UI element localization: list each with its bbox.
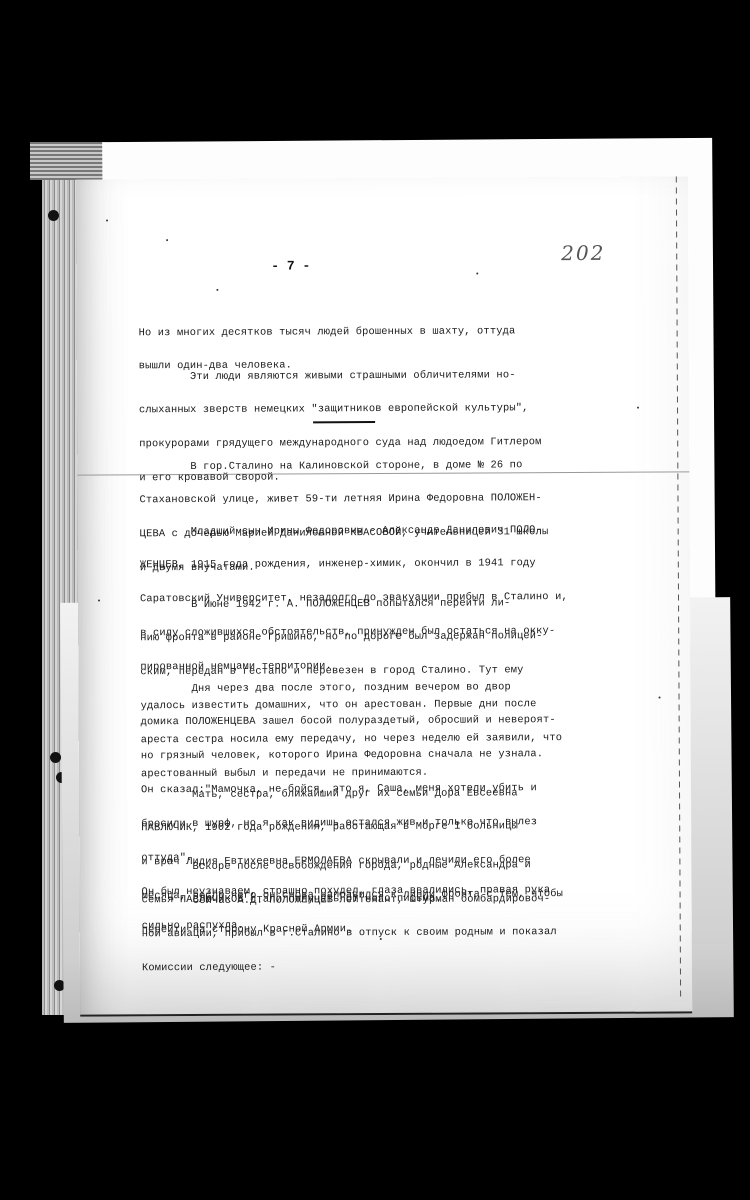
text-line: Но из многих десятков тысяч людей брошен… xyxy=(139,325,649,339)
text-line: В Июне 1942 г. А. ПОЛОЖЕНЦЕВ попытался п… xyxy=(140,597,650,611)
scan-speck xyxy=(216,289,218,291)
paragraph-9: Сейчас А.Д. ПОЛОЖЕНЦЕВ лейтенант, штурма… xyxy=(141,871,652,998)
text-line: ЖЕНЦЕВ, 1915 года рождения, инженер-хими… xyxy=(140,558,650,572)
text-line: слыханных зверств немецких "защитников е… xyxy=(139,403,649,417)
scan-speck xyxy=(166,239,168,241)
text-line: ной авиации, прибыл в г.Сталино в отпуск… xyxy=(142,927,652,941)
text-line: Сейчас А.Д. ПОЛОЖЕНЦЕВ лейтенант, штурма… xyxy=(142,893,652,907)
section-separator xyxy=(313,421,375,423)
scan-speck xyxy=(476,273,478,275)
text-line: Дня через два после этого, поздним вечер… xyxy=(140,681,650,695)
text-line: Младший сын Ирины Федоровны - Александр … xyxy=(140,524,650,538)
page-number: - 7 - xyxy=(271,258,310,273)
text-line: ПАВЛЮЧИК, 1902 года рождения, работающая… xyxy=(141,821,651,835)
handwritten-archive-number: 202 xyxy=(561,241,605,265)
text-line: Мать, сестра, ближайший друг их семьи До… xyxy=(141,787,651,801)
scanned-document: - 7 - 202 Но из многих десятков тысяч лю… xyxy=(0,0,750,1200)
text-line: но грязный человек, которого Ирина Федор… xyxy=(141,749,651,763)
text-line: нию фронта в районе Гришино, но по дорог… xyxy=(140,631,650,645)
scan-speck xyxy=(380,938,382,940)
scan-speck xyxy=(106,219,108,221)
punch-hole xyxy=(50,752,61,763)
scan-speck xyxy=(98,599,100,601)
text-line: домика ПОЛОЖЕНЦЕВА зашел босой полуразде… xyxy=(141,715,651,729)
punch-hole xyxy=(48,210,59,221)
binding-top-edge xyxy=(30,142,105,180)
margin-rule xyxy=(676,176,681,996)
text-line: Эти люди являются живыми страшными облич… xyxy=(139,369,649,383)
scan-speck xyxy=(659,697,661,699)
text-line: В гор.Сталино на Калиновской стороне, в … xyxy=(139,459,649,473)
scan-speck xyxy=(637,407,639,409)
document-page: - 7 - 202 Но из многих десятков тысяч лю… xyxy=(76,176,692,1016)
text-line: Комиссии следующее: - xyxy=(142,961,652,975)
